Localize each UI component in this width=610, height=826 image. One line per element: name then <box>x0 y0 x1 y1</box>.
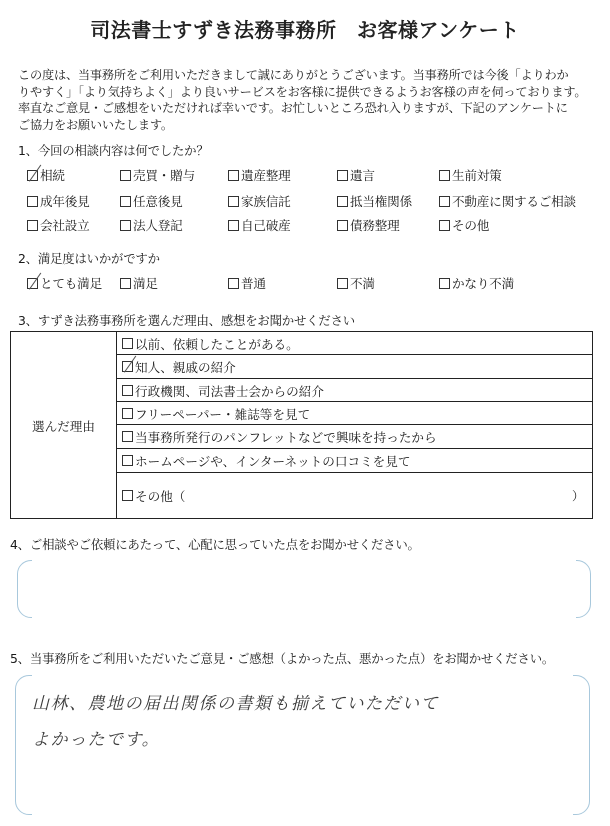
checkbox-icon[interactable] <box>228 220 239 231</box>
checkbox-icon[interactable] <box>120 196 131 207</box>
checkbox-icon[interactable] <box>337 278 348 289</box>
q2-option-very-dissatisfied[interactable]: かなり不満 <box>439 273 514 292</box>
intro-line: ご協力をお願いいたします。 <box>18 117 598 134</box>
q1-option-houjin[interactable]: 法人登記 <box>120 215 183 234</box>
reason-row-label: 選んだ理由 <box>11 332 117 518</box>
q1-option-kazoku[interactable]: 家族信託 <box>228 191 291 210</box>
checkbox-icon[interactable] <box>337 196 348 207</box>
q1-option-fudousan[interactable]: 不動産に関するご相談 <box>439 191 576 210</box>
checkbox-icon[interactable] <box>122 385 133 396</box>
option-label: その他 <box>452 218 489 233</box>
checkbox-icon[interactable] <box>439 278 450 289</box>
q1-option-nini[interactable]: 任意後見 <box>120 191 183 210</box>
intro-line: りやすく」「より気持ちよく」より良いサービスをお客様に提供できるようお客様の声を… <box>18 84 598 101</box>
q1-option-hasan[interactable]: 自己破産 <box>228 215 291 234</box>
intro-line: 率直なご意見・ご感想をいただければ幸いです。お忙しいところ恐れ入りますが、下記の… <box>18 100 598 117</box>
checkbox-icon[interactable] <box>27 220 38 231</box>
q1-option-saimu[interactable]: 債務整理 <box>337 215 400 234</box>
q3-option-pamphlet[interactable]: 当事務所発行のパンフレットなどで興味を持ったから <box>117 425 592 449</box>
option-label: 当事務所発行のパンフレットなどで興味を持ったから <box>135 427 437 446</box>
q5-answer-handwriting: 山林、農地の届出関係の書類も揃えていただいて よかったです。 <box>32 686 439 758</box>
option-label: 生前対策 <box>452 168 502 183</box>
q1-option-seinen[interactable]: 成年後見 <box>27 191 90 210</box>
option-label: 任意後見 <box>133 194 183 209</box>
q2-option-very-satisfied[interactable]: とても満足 <box>27 273 102 292</box>
q2-option-neutral[interactable]: 普通 <box>228 273 266 292</box>
q3-option-other[interactable]: その他（） <box>117 473 592 517</box>
checkbox-icon[interactable] <box>27 196 38 207</box>
option-label: 知人、親戚の紹介 <box>135 357 236 376</box>
option-label: 法人登記 <box>133 218 183 233</box>
checkbox-checked-icon[interactable] <box>122 361 133 372</box>
q3-option-referral[interactable]: 知人、親戚の紹介 <box>117 355 592 379</box>
option-label: 売買・贈与 <box>133 168 195 183</box>
option-label: ホームページや、インターネットの口コミを見て <box>135 451 410 470</box>
q1-option-baibai[interactable]: 売買・贈与 <box>120 165 195 184</box>
q5-answer-box[interactable]: 山林、農地の届出関係の書類も揃えていただいて よかったです。 <box>15 675 590 815</box>
reason-options: 以前、依頼したことがある。 知人、親戚の紹介 行政機関、司法書士会からの紹介 フ… <box>117 332 592 518</box>
q1-option-sonota[interactable]: その他 <box>439 215 489 234</box>
checkbox-icon[interactable] <box>122 408 133 419</box>
q1-option-teitou[interactable]: 抵当権関係 <box>337 191 412 210</box>
question-5-label: 5、当事務所をご利用いただいたご意見・ご感想（よかった点、悪かった点）をお聞かせ… <box>10 649 554 667</box>
checkbox-icon[interactable] <box>228 278 239 289</box>
question-3-label: 3、すずき法務事務所を選んだ理由、感想をお聞かせください <box>18 311 355 329</box>
answer-line: 山林、農地の届出関係の書類も揃えていただいて <box>32 686 439 722</box>
checkbox-checked-icon[interactable] <box>27 278 38 289</box>
checkbox-icon[interactable] <box>120 170 131 181</box>
option-label: 成年後見 <box>40 194 90 209</box>
option-label: 満足 <box>133 276 158 291</box>
q1-option-souzoku[interactable]: 相続 <box>27 165 65 184</box>
other-close-paren: ） <box>572 487 584 504</box>
checkbox-icon[interactable] <box>120 278 131 289</box>
option-label: 債務整理 <box>350 218 400 233</box>
option-label: 家族信託 <box>241 194 291 209</box>
option-label: 遺言 <box>350 168 375 183</box>
checkbox-icon[interactable] <box>337 170 348 181</box>
q4-answer-box[interactable] <box>17 560 591 618</box>
question-4-label: 4、ご相談やご依頼にあたって、心配に思っていた点をお聞かせください。 <box>10 535 420 553</box>
option-label: かなり不満 <box>452 276 514 291</box>
checkbox-icon[interactable] <box>228 196 239 207</box>
option-label: 行政機関、司法書士会からの紹介 <box>135 381 324 400</box>
q3-option-previous[interactable]: 以前、依頼したことがある。 <box>117 332 592 355</box>
checkbox-icon[interactable] <box>122 490 133 501</box>
q1-option-isan[interactable]: 遺産整理 <box>228 165 291 184</box>
checkbox-icon[interactable] <box>122 431 133 442</box>
q3-option-website[interactable]: ホームページや、インターネットの口コミを見て <box>117 449 592 473</box>
checkbox-icon[interactable] <box>122 455 133 466</box>
option-label: 会社設立 <box>40 218 90 233</box>
option-label: 相続 <box>40 168 65 183</box>
page-title: 司法書士すずき法務事務所 お客様アンケート <box>0 14 610 43</box>
q1-option-kaisha[interactable]: 会社設立 <box>27 215 90 234</box>
checkbox-icon[interactable] <box>120 220 131 231</box>
checkbox-icon[interactable] <box>439 170 450 181</box>
checkbox-icon[interactable] <box>337 220 348 231</box>
option-label: 遺産整理 <box>241 168 291 183</box>
option-label: その他（ <box>135 486 185 505</box>
option-label: 普通 <box>241 276 266 291</box>
checkbox-checked-icon[interactable] <box>27 170 38 181</box>
intro-line: この度は、当事務所をご利用いただきまして誠にありがとうございます。当事務所では今… <box>18 67 598 84</box>
checkbox-icon[interactable] <box>122 338 133 349</box>
option-label: 抵当権関係 <box>350 194 412 209</box>
question-1-label: 1、今回の相談内容は何でしたか？ <box>18 141 209 159</box>
q3-option-magazine[interactable]: フリーペーパー・雑誌等を見て <box>117 402 592 425</box>
checkbox-icon[interactable] <box>228 170 239 181</box>
checkbox-icon[interactable] <box>439 220 450 231</box>
intro-text: この度は、当事務所をご利用いただきまして誠にありがとうございます。当事務所では今… <box>18 67 598 133</box>
option-label: 以前、依頼したことがある。 <box>135 334 299 353</box>
option-label: 不動産に関するご相談 <box>452 194 576 209</box>
option-label: とても満足 <box>40 276 102 291</box>
option-label: 自己破産 <box>241 218 291 233</box>
answer-line: よかったです。 <box>32 722 439 758</box>
q1-option-seizen[interactable]: 生前対策 <box>439 165 502 184</box>
q1-option-yuigon[interactable]: 遺言 <box>337 165 375 184</box>
checkbox-icon[interactable] <box>439 196 450 207</box>
q2-option-dissatisfied[interactable]: 不満 <box>337 273 375 292</box>
reason-table: 選んだ理由 以前、依頼したことがある。 知人、親戚の紹介 行政機関、司法書士会か… <box>10 331 593 519</box>
option-label: フリーペーパー・雑誌等を見て <box>135 404 310 423</box>
q2-option-satisfied[interactable]: 満足 <box>120 273 158 292</box>
option-label: 不満 <box>350 276 375 291</box>
q3-option-government[interactable]: 行政機関、司法書士会からの紹介 <box>117 379 592 402</box>
question-2-label: 2、満足度はいかがですか <box>18 249 160 267</box>
